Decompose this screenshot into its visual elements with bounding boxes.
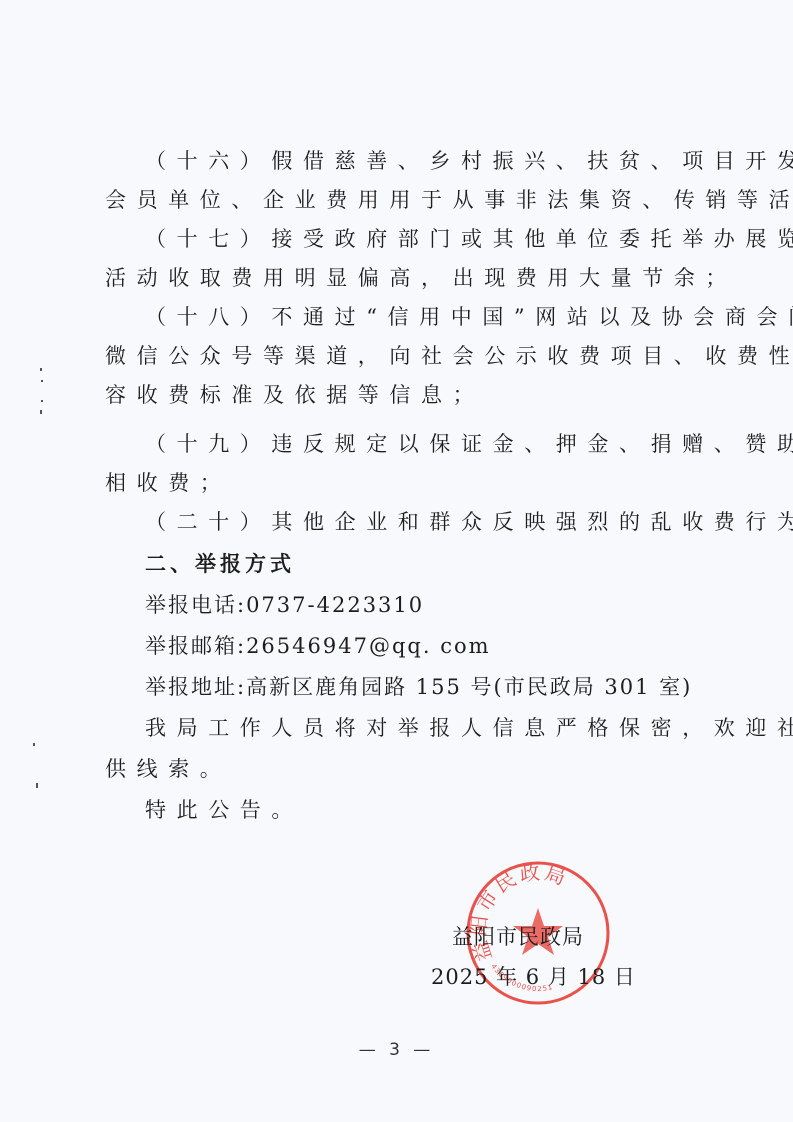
section-heading: 二、举报方式 xyxy=(145,551,295,577)
document-page: （十六）假借慈善、乡村振兴、扶贫、项目开发名义收取 会员单位、企业费用用于从事非… xyxy=(0,0,793,1122)
paragraph-20-line-1: （二十）其他企业和群众反映强烈的乱收费行为。 xyxy=(145,509,793,535)
paragraph-19-line-2: 相收费； xyxy=(105,470,231,496)
closing-line-1: 我局工作人员将对举报人信息严格保密，欢迎社会各界提 xyxy=(145,715,793,741)
closing-line-2: 供线索。 xyxy=(105,756,231,782)
paragraph-18-line-2: 微信公众号等渠道，向社会公示收费项目、收费性质、服务内 xyxy=(105,343,793,369)
paragraph-17-line-1: （十七）接受政府部门或其他单位委托举办展览、展销等 xyxy=(145,226,793,252)
paragraph-18-line-1: （十八）不通过“信用中国”网站以及协会商会门户网站、 xyxy=(145,304,793,330)
signature-organization: 益阳市民政局 xyxy=(452,924,584,950)
paragraph-19-line-1: （十九）违反规定以保证金、押金、捐赠、赞助等形式变 xyxy=(145,431,793,457)
report-address: 举报地址:高新区鹿角园路 155 号(市民政局 301 室) xyxy=(145,674,692,700)
binding-mark xyxy=(33,743,35,746)
paragraph-17-line-2: 活动收取费用明显偏高，出现费用大量节余； xyxy=(105,265,737,291)
paragraph-18-line-3: 容收费标准及依据等信息； xyxy=(105,382,484,408)
page-number: — 3 — xyxy=(0,1040,793,1060)
binding-mark xyxy=(36,783,38,788)
closing-notice: 特此公告。 xyxy=(145,797,303,823)
paragraph-16-line-1: （十六）假借慈善、乡村振兴、扶贫、项目开发名义收取 xyxy=(145,148,793,174)
binding-mark xyxy=(41,380,43,382)
binding-mark xyxy=(41,400,43,402)
report-email: 举报邮箱:26546947@qq. com xyxy=(145,633,491,659)
signature-date: 2025 年 6 月 18 日 xyxy=(431,964,636,990)
report-phone: 举报电话:0737-4223310 xyxy=(145,592,424,618)
binding-mark xyxy=(40,410,42,414)
binding-mark xyxy=(40,368,42,371)
paragraph-16-line-2: 会员单位、企业费用用于从事非法集资、传销等活动； xyxy=(105,187,793,213)
